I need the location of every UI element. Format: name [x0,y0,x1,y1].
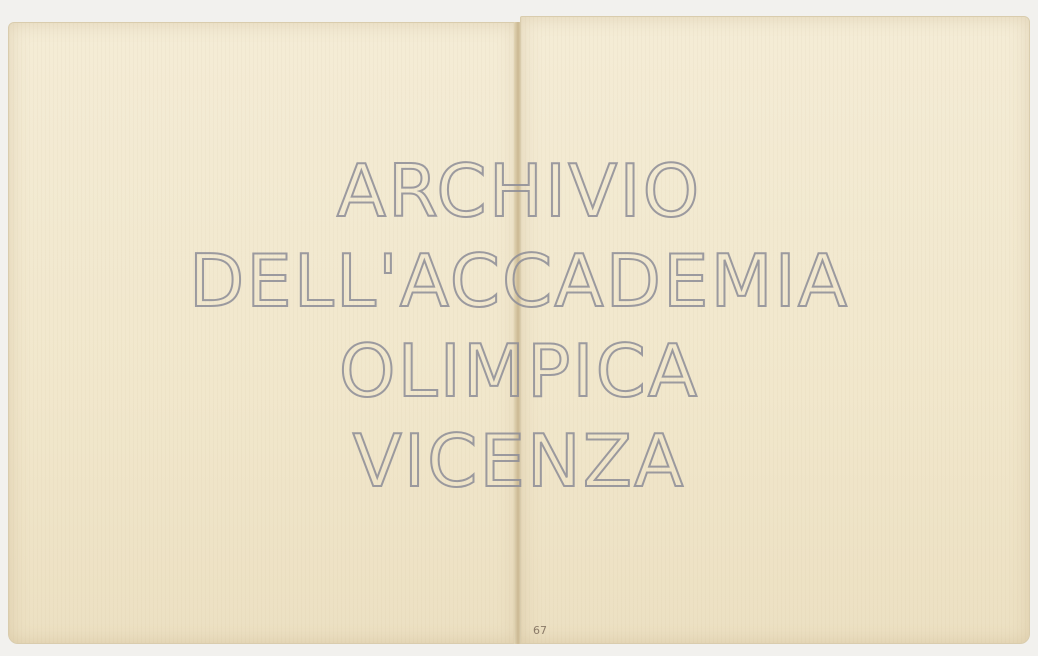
manuscript-spread: 67 [8,16,1030,644]
left-page-entries [9,23,517,643]
right-page: 67 [520,16,1030,644]
right-page-entries [521,17,1029,643]
folio-number: 67 [533,624,547,637]
left-page [8,22,518,644]
